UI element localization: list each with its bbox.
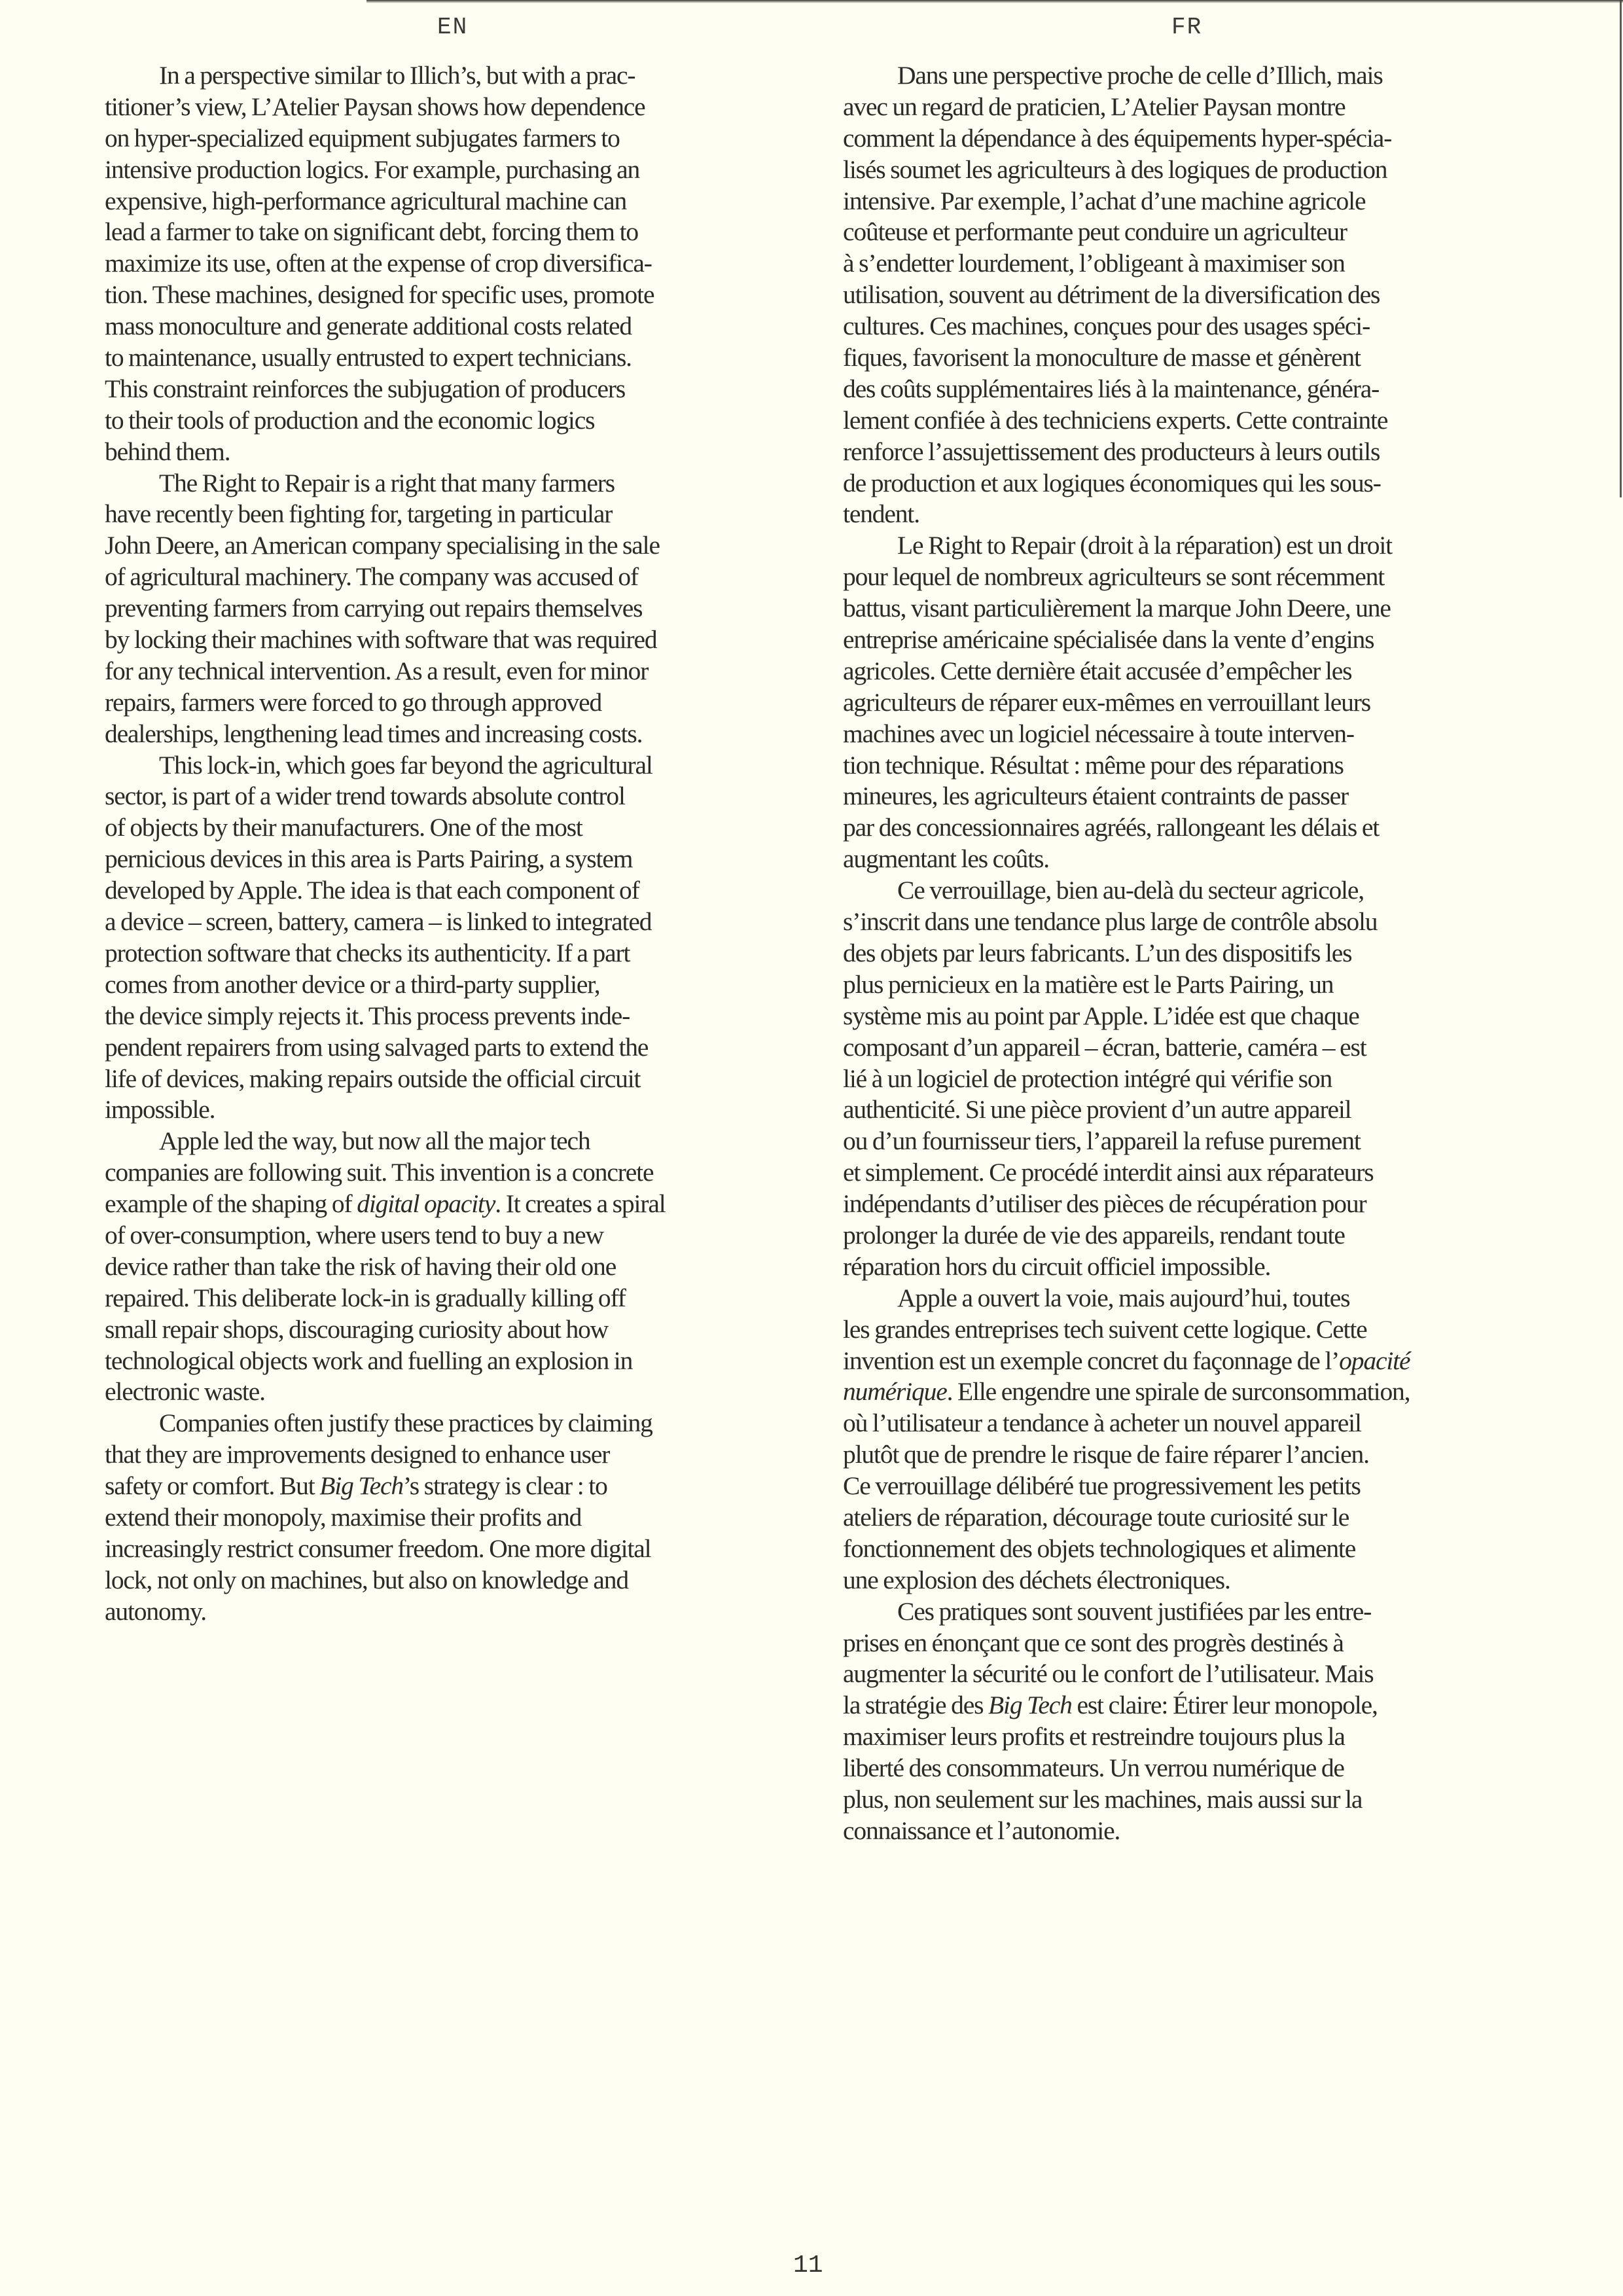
- text-line: tion technique. Résultat : même pour des…: [843, 750, 1530, 781]
- text-line: comes from another device or a third-par…: [105, 969, 772, 1001]
- text-line: une explosion des déchets électroniques.: [843, 1565, 1530, 1596]
- paragraph: Ces pratiques sont souvent justifiées pa…: [843, 1596, 1530, 1847]
- text-line: In a perspective similar to Illich’s, bu…: [105, 60, 772, 92]
- text-line: protection software that checks its auth…: [105, 938, 772, 969]
- scan-edge-top: [366, 0, 1623, 3]
- text-line: to their tools of production and the eco…: [105, 405, 772, 437]
- text-line: Apple led the way, but now all the major…: [105, 1126, 772, 1157]
- text-line: mineures, les agriculteurs étaient contr…: [843, 781, 1530, 812]
- scan-edge-right: [1620, 0, 1622, 497]
- paragraph: In a perspective similar to Illich’s, bu…: [105, 60, 772, 468]
- text-line: device rather than take the risk of havi…: [105, 1251, 772, 1283]
- text-line: composant d’un appareil – écran, batteri…: [843, 1032, 1530, 1064]
- text-line: tion. These machines, designed for speci…: [105, 279, 772, 311]
- text-line: safety or comfort. But Big Tech’s strate…: [105, 1471, 772, 1502]
- text-line: companies are following suit. This inven…: [105, 1157, 772, 1189]
- text-line: lement confiée à des techniciens experts…: [843, 405, 1530, 437]
- paragraph: Apple a ouvert la voie, mais aujourd’hui…: [843, 1283, 1530, 1596]
- paragraph: Ce verrouillage, bien au-delà du secteur…: [843, 875, 1530, 1283]
- text-line: où l’utilisateur a tendance à acheter un…: [843, 1408, 1530, 1439]
- text-line: système mis au point par Apple. L’idée e…: [843, 1001, 1530, 1032]
- text-line: This lock-in, which goes far beyond the …: [105, 750, 772, 781]
- text-line: lié à un logiciel de protection intégré …: [843, 1064, 1530, 1095]
- text-line: dealerships, lengthening lead times and …: [105, 719, 772, 750]
- text-line: à s’endetter lourdement, l’obligeant à m…: [843, 248, 1530, 279]
- paragraph: Apple led the way, but now all the major…: [105, 1126, 772, 1408]
- text-line: maximize its use, often at the expense o…: [105, 248, 772, 279]
- text-line: mass monoculture and generate additional…: [105, 311, 772, 342]
- text-line: connaissance et l’autonomie.: [843, 1816, 1530, 1847]
- text-line: de production et aux logiques économique…: [843, 468, 1530, 499]
- text-line: example of the shaping of digital opacit…: [105, 1189, 772, 1220]
- text-run: . It creates a spiral: [495, 1189, 665, 1218]
- text-line: les grandes entreprises tech suivent cet…: [843, 1314, 1530, 1346]
- text-line: Companies often justify these practices …: [105, 1408, 772, 1439]
- text-line: avec un regard de praticien, L’Atelier P…: [843, 92, 1530, 123]
- french-column: Dans une perspective proche de celle d’I…: [843, 60, 1530, 1847]
- text-line: fonctionnement des objets technologiques…: [843, 1534, 1530, 1565]
- text-run: est claire: Étirer leur monopole,: [1072, 1691, 1378, 1719]
- text-line: battus, visant particulièrement la marqu…: [843, 593, 1530, 624]
- italic-term: numérique: [843, 1377, 947, 1406]
- text-line: repaired. This deliberate lock-in is gra…: [105, 1283, 772, 1314]
- text-line: pour lequel de nombreux agriculteurs se …: [843, 562, 1530, 593]
- text-line: comment la dépendance à des équipements …: [843, 123, 1530, 154]
- paragraph: The Right to Repair is a right that many…: [105, 468, 772, 750]
- text-line: plus, non seulement sur les machines, ma…: [843, 1784, 1530, 1816]
- italic-term: opacité: [1339, 1346, 1410, 1375]
- italic-term: digital opacity: [357, 1189, 495, 1218]
- text-line: impossible.: [105, 1094, 772, 1126]
- text-line: et simplement. Ce procédé interdit ainsi…: [843, 1157, 1530, 1189]
- text-line: to maintenance, usually entrusted to exp…: [105, 342, 772, 374]
- text-line: lock, not only on machines, but also on …: [105, 1565, 772, 1596]
- text-line: plus pernicieux en la matière est le Par…: [843, 969, 1530, 1001]
- text-line: preventing farmers from carrying out rep…: [105, 593, 772, 624]
- text-line: that they are improvements designed to e…: [105, 1439, 772, 1471]
- text-line: The Right to Repair is a right that many…: [105, 468, 772, 499]
- text-line: for any technical intervention. As a res…: [105, 656, 772, 687]
- text-line: John Deere, an American company speciali…: [105, 530, 772, 562]
- text-line: intensive. Par exemple, l’achat d’une ma…: [843, 186, 1530, 217]
- text-line: prises en énonçant que ce sont des progr…: [843, 1628, 1530, 1659]
- text-run: safety or comfort. But: [105, 1471, 319, 1500]
- text-line: maximiser leurs profits et restreindre t…: [843, 1721, 1530, 1753]
- column-label-fr: FR: [1171, 14, 1202, 41]
- text-line: cultures. Ces machines, conçues pour des…: [843, 311, 1530, 342]
- text-line: life of devices, making repairs outside …: [105, 1064, 772, 1095]
- text-line: behind them.: [105, 437, 772, 468]
- text-line: titioner’s view, L’Atelier Paysan shows …: [105, 92, 772, 123]
- text-line: have recently been fighting for, targeti…: [105, 499, 772, 530]
- text-run: invention est un exemple concret du faço…: [843, 1346, 1339, 1375]
- text-line: agriculteurs de réparer eux-mêmes en ver…: [843, 687, 1530, 719]
- text-line: indépendants d’utiliser des pièces de ré…: [843, 1189, 1530, 1220]
- text-line: plutôt que de prendre le risque de faire…: [843, 1439, 1530, 1471]
- column-label-en: EN: [437, 14, 468, 41]
- text-line: invention est un exemple concret du faço…: [843, 1346, 1530, 1377]
- text-line: utilisation, souvent au détriment de la …: [843, 279, 1530, 311]
- italic-term: Big Tech: [319, 1471, 403, 1500]
- text-line: authenticité. Si une pièce provient d’un…: [843, 1094, 1530, 1126]
- text-line: extend their monopoly, maximise their pr…: [105, 1502, 772, 1534]
- text-line: lead a farmer to take on significant deb…: [105, 217, 772, 248]
- text-run: . Elle engendre une spirale de surconsom…: [947, 1377, 1410, 1406]
- paragraph: This lock-in, which goes far beyond the …: [105, 750, 772, 1126]
- text-line: of over-consumption, where users tend to…: [105, 1220, 772, 1251]
- text-line: autonomy.: [105, 1596, 772, 1628]
- text-line: numérique. Elle engendre une spirale de …: [843, 1376, 1530, 1408]
- text-line: réparation hors du circuit officiel impo…: [843, 1251, 1530, 1283]
- text-line: s’inscrit dans une tendance plus large d…: [843, 906, 1530, 938]
- text-line: des coûts supplémentaires liés à la main…: [843, 374, 1530, 405]
- text-line: Ce verrouillage, bien au-delà du secteur…: [843, 875, 1530, 906]
- paragraph: Le Right to Repair (droit à la réparatio…: [843, 530, 1530, 875]
- text-line: renforce l’assujettissement des producte…: [843, 437, 1530, 468]
- text-line: Ce verrouillage délibéré tue progressive…: [843, 1471, 1530, 1502]
- text-line: This constraint reinforces the subjugati…: [105, 374, 772, 405]
- text-run: example of the shaping of: [105, 1189, 357, 1218]
- text-run: la stratégie des: [843, 1691, 988, 1719]
- text-line: Le Right to Repair (droit à la réparatio…: [843, 530, 1530, 562]
- text-line: machines avec un logiciel nécessaire à t…: [843, 719, 1530, 750]
- text-line: lisés soumet les agriculteurs à des logi…: [843, 154, 1530, 186]
- english-column: In a perspective similar to Illich’s, bu…: [105, 60, 772, 1628]
- text-line: sector, is part of a wider trend towards…: [105, 781, 772, 812]
- text-line: ateliers de réparation, décourage toute …: [843, 1502, 1530, 1534]
- text-line: small repair shops, discouraging curiosi…: [105, 1314, 772, 1346]
- text-line: Apple a ouvert la voie, mais aujourd’hui…: [843, 1283, 1530, 1314]
- text-line: repairs, farmers were forced to go throu…: [105, 687, 772, 719]
- text-line: of objects by their manufacturers. One o…: [105, 812, 772, 844]
- text-line: liberté des consommateurs. Un verrou num…: [843, 1753, 1530, 1784]
- text-line: par des concessionnaires agréés, rallong…: [843, 812, 1530, 844]
- text-line: augmentant les coûts.: [843, 844, 1530, 875]
- paragraph: Companies often justify these practices …: [105, 1408, 772, 1627]
- text-line: electronic waste.: [105, 1376, 772, 1408]
- italic-term: Big Tech: [988, 1691, 1072, 1719]
- text-line: pernicious devices in this area is Parts…: [105, 844, 772, 875]
- text-line: prolonger la durée de vie des appareils,…: [843, 1220, 1530, 1251]
- text-line: a device – screen, battery, camera – is …: [105, 906, 772, 938]
- text-line: la stratégie des Big Tech est claire: Ét…: [843, 1690, 1530, 1721]
- text-line: entreprise américaine spécialisée dans l…: [843, 624, 1530, 656]
- text-line: fiques, favorisent la monoculture de mas…: [843, 342, 1530, 374]
- text-line: Ces pratiques sont souvent justifiées pa…: [843, 1596, 1530, 1628]
- text-line: on hyper-specialized equipment subjugate…: [105, 123, 772, 154]
- text-line: expensive, high-performance agricultural…: [105, 186, 772, 217]
- text-line: the device simply rejects it. This proce…: [105, 1001, 772, 1032]
- text-line: des objets par leurs fabricants. L’un de…: [843, 938, 1530, 969]
- text-line: tendent.: [843, 499, 1530, 530]
- text-line: technological objects work and fuelling …: [105, 1346, 772, 1377]
- text-run: ’s strategy is clear : to: [403, 1471, 607, 1500]
- text-line: ou d’un fournisseur tiers, l’appareil la…: [843, 1126, 1530, 1157]
- paragraph: Dans une perspective proche de celle d’I…: [843, 60, 1530, 530]
- page-number: 11: [793, 2251, 823, 2280]
- text-line: of agricultural machinery. The company w…: [105, 562, 772, 593]
- text-line: by locking their machines with software …: [105, 624, 772, 656]
- text-line: developed by Apple. The idea is that eac…: [105, 875, 772, 906]
- text-line: augmenter la sécurité ou le confort de l…: [843, 1659, 1530, 1690]
- text-line: pendent repairers from using salvaged pa…: [105, 1032, 772, 1064]
- text-line: intensive production logics. For example…: [105, 154, 772, 186]
- text-line: agricoles. Cette dernière était accusée …: [843, 656, 1530, 687]
- text-line: coûteuse et performante peut conduire un…: [843, 217, 1530, 248]
- text-line: Dans une perspective proche de celle d’I…: [843, 60, 1530, 92]
- text-line: increasingly restrict consumer freedom. …: [105, 1534, 772, 1565]
